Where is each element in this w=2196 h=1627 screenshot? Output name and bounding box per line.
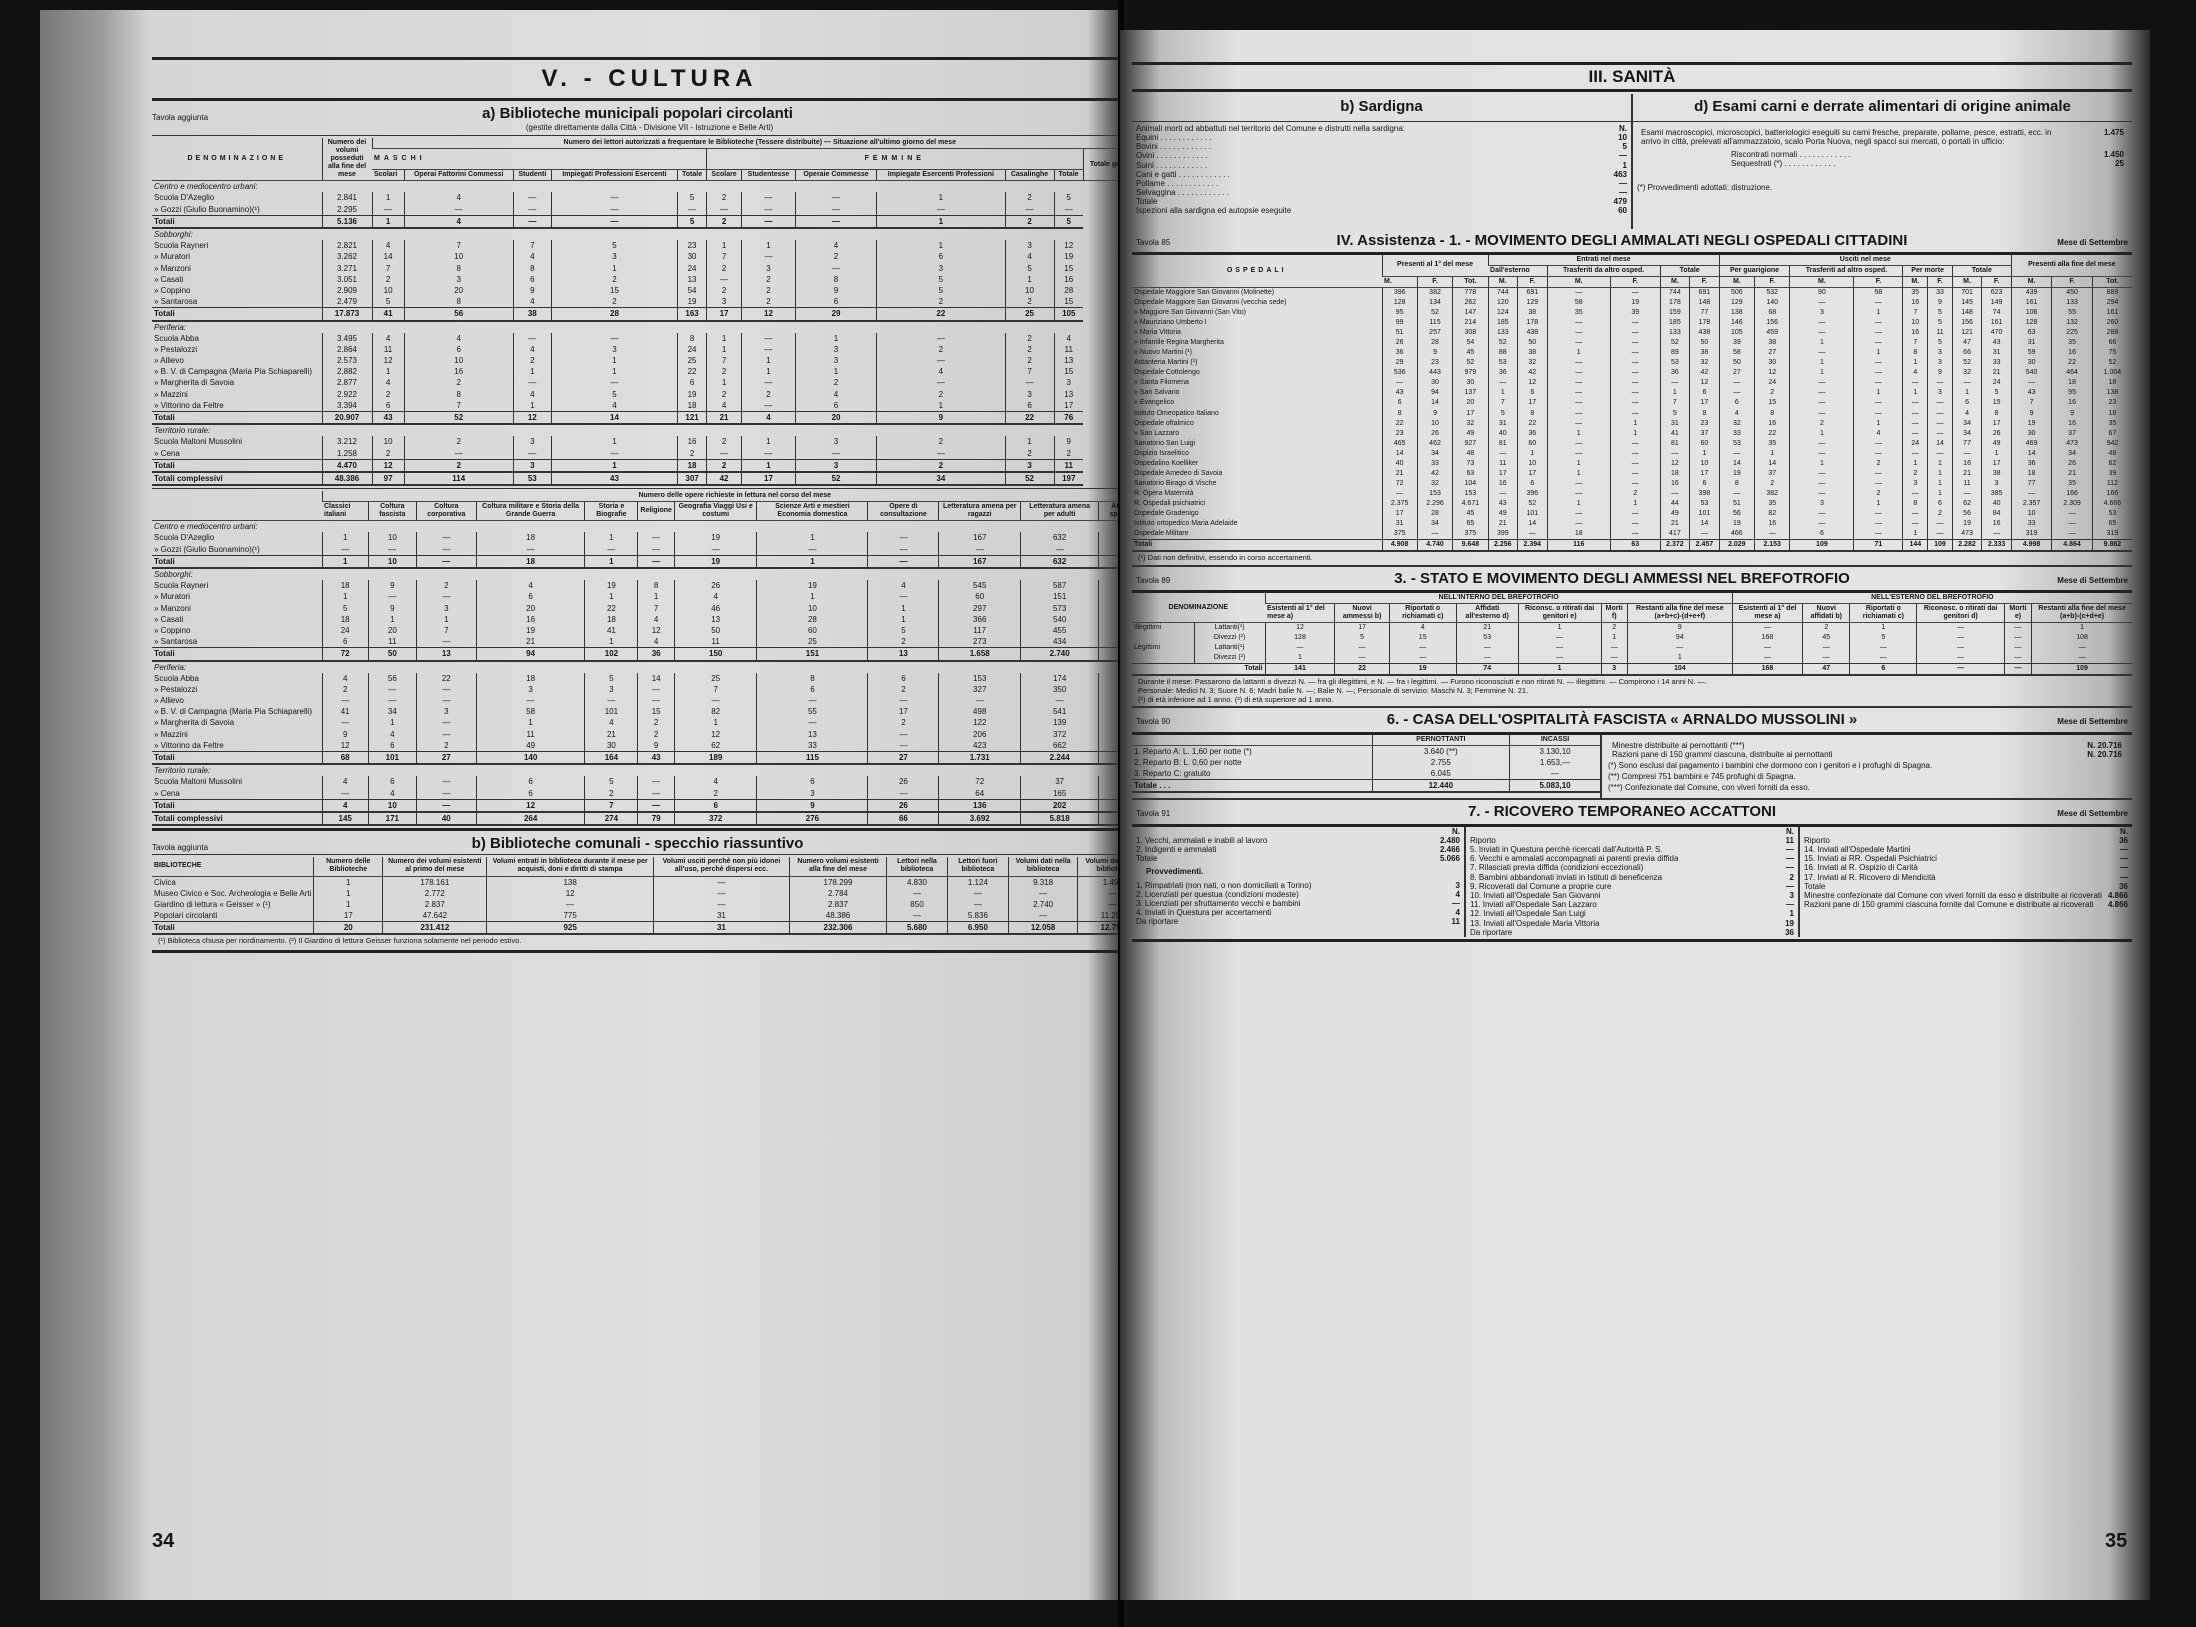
cell-value: 3 — [1790, 499, 1854, 509]
cell-value: 24 — [1903, 439, 1928, 449]
cell-value: — — [1928, 529, 1953, 540]
total-row: Totali7250139410236150151131.6582.74040 — [152, 648, 1147, 661]
month-label: Mese di Settembre — [2018, 238, 2128, 247]
cell-value: 15 — [1054, 263, 1083, 274]
cell-value: — — [322, 695, 368, 706]
cell-value: 116 — [1547, 540, 1610, 552]
table-row: Scuola Maltoni Mussolini46—65—4626723710 — [152, 776, 1147, 787]
cell-value: 5 — [1005, 263, 1054, 274]
cell-value: — — [795, 263, 876, 274]
cell-value: — — [1335, 643, 1389, 653]
cell-value: 11 — [1488, 459, 1518, 469]
cell-value: 48 — [1453, 449, 1488, 459]
list-item: Pollame . . . . . . . . . . . .— — [1132, 179, 1631, 188]
table-row: » Allievo———————————— — [152, 695, 1147, 706]
cell-value: 18 — [476, 555, 585, 568]
cell-value: 16 — [1903, 328, 1928, 338]
table-row: » Santarosa611—2114112522734345 — [152, 636, 1147, 648]
cell-value: — — [868, 740, 939, 752]
cell-value: 4 — [1903, 368, 1928, 378]
cell-value: 1 — [1790, 429, 1854, 439]
cell-value: 10 — [372, 436, 404, 447]
cell-value: 1 — [877, 240, 1005, 251]
cell-value: 1 — [513, 366, 551, 377]
cell-value: 4 — [404, 215, 513, 228]
cell-value: 156 — [1755, 318, 1790, 328]
cell-value: — — [416, 729, 476, 740]
col-header: F. — [1928, 276, 1953, 287]
cell-value: 5 — [877, 274, 1005, 285]
cell-value: 2 — [868, 636, 939, 648]
cell-value: 6.045 — [1372, 768, 1510, 780]
cell-value: 17 — [1453, 409, 1488, 419]
cell-value: 14 — [1382, 449, 1417, 459]
cell-value: 151 — [757, 648, 868, 661]
cell-value: 33 — [1928, 287, 1953, 298]
cell-value: — — [1903, 429, 1928, 439]
table-row: » Gozzi (Giulio Buonamino)(¹)———————————… — [152, 544, 1147, 556]
cell-value: 7 — [585, 799, 638, 812]
cell-value: — — [1732, 653, 1802, 664]
cell-value: 185 — [1660, 318, 1690, 328]
cell-value: — — [1854, 328, 1903, 338]
cell-value: 97 — [372, 472, 404, 485]
row-label: Ospedale Gradenigo — [1132, 509, 1382, 519]
cell-value: 48 — [2092, 449, 2132, 459]
row-label: » Allievo — [152, 355, 322, 366]
table-a-subtitle: (gestite direttamente dalla Città - Divi… — [152, 123, 1147, 132]
cell-value: 4 — [513, 344, 551, 355]
brefotrofio-title: 3. - STATO E MOVIMENTO DEGLI AMMESSI NEL… — [1226, 570, 2018, 587]
cell-value: 1 — [585, 636, 638, 648]
cell-value: 1 — [476, 717, 585, 728]
row-label: » Muratori — [152, 251, 322, 262]
cell-value: 5 — [551, 240, 677, 251]
group-label: Territorio rurale: — [152, 764, 1147, 776]
cell-value: 17 — [868, 706, 939, 717]
cell-value: 52 — [1453, 358, 1488, 368]
table-row: Ospedalino Koelliker40337311101—12101414… — [1132, 459, 2132, 469]
col-header: Operai Fattorini Commessi — [404, 170, 513, 181]
tavola-label: Tavola 91 — [1136, 809, 1226, 818]
tavola-label: Tavola 90 — [1136, 717, 1226, 726]
cell-value: 11 — [368, 636, 416, 648]
cell-value: 4 — [513, 251, 551, 262]
cell-value: — — [1790, 409, 1854, 419]
table-b-footnotes: (¹) Biblioteca chiusa per riordinamento.… — [152, 935, 1147, 948]
cell-value: 5 — [678, 215, 707, 228]
cell-value: 1.731 — [939, 752, 1021, 765]
cell-value: — — [757, 695, 868, 706]
cell-value: 12 — [372, 459, 404, 472]
cell-value: 51 — [1719, 499, 1754, 509]
cell-value: 99 — [1382, 318, 1417, 328]
cell-value: — — [1917, 623, 2004, 634]
cell-value: 11 — [1928, 328, 1953, 338]
total-row: Totali20.907435212141212142092276 — [152, 412, 1147, 425]
cell-value: 117 — [939, 625, 1021, 636]
cell-value: 56 — [1719, 509, 1754, 519]
esami-text: Esami macroscopici, microscopici, batter… — [1641, 128, 2052, 146]
cell-value: 540 — [1021, 614, 1099, 625]
cell-value: 32 — [1518, 358, 1548, 368]
cell-value: — — [939, 695, 1021, 706]
cell-value: 27 — [1719, 368, 1754, 378]
cell-value: 7 — [674, 684, 757, 695]
cell-value: 2 — [404, 377, 513, 388]
cell-value: 17 — [1982, 459, 2012, 469]
cell-value: 31 — [653, 922, 789, 935]
total-row: Totali410—127—692613620210 — [152, 799, 1147, 812]
cell-value: 33 — [2011, 519, 2051, 529]
col-totale-entrati: Totale — [1660, 265, 1719, 276]
cell-value: 3.212 — [322, 436, 372, 447]
cell-value: — — [868, 544, 939, 556]
cell-value: 2 — [1854, 459, 1903, 469]
cell-value: 4 — [404, 333, 513, 344]
total-row: Totali17.873415638281631712292225105 — [152, 308, 1147, 321]
cell-value: 8 — [1903, 348, 1928, 358]
cell-value: — — [416, 788, 476, 800]
cell-value: 30 — [2011, 429, 2051, 439]
cell-value: — — [653, 888, 789, 899]
table-ospitalita: PERNOTTANTIINCASSI 1. Reparto A: L. 1,60… — [1132, 735, 1600, 794]
cell-value: 2 — [585, 788, 638, 800]
cell-value: 12 — [1690, 378, 1720, 388]
col-usciti: Usciti nel mese — [1719, 255, 2011, 266]
cell-value: 1 — [1903, 529, 1928, 540]
list-item: Riscontrati normali . . . . . . . . . . … — [1727, 150, 2128, 159]
cell-value: 16 — [1488, 479, 1518, 489]
list-item: 14. Inviati all'Ospedale Martini— — [1800, 845, 2132, 854]
cell-value: 19 — [476, 625, 585, 636]
cell-value: — — [1854, 298, 1903, 308]
cell-value: 2 — [404, 436, 513, 447]
cell-value: 12.058 — [1008, 922, 1078, 935]
col-header: Restanti alla fine del mese (a+b+c)-(d+e… — [1627, 604, 1732, 623]
table-row: Scuola Rayneri18924198261945455877 — [152, 580, 1147, 591]
cell-value: 33 — [1719, 429, 1754, 439]
table-row: » B. V. di Campagna (Maria Pia Schiapare… — [152, 366, 1147, 377]
cell-value: 6 — [513, 274, 551, 285]
cell-value: 1 — [707, 333, 742, 344]
cell-value: 14 — [1417, 398, 1452, 408]
cell-value: 60 — [1518, 439, 1548, 449]
cell-value: 21 — [1488, 519, 1518, 529]
cell-value: 5 — [1928, 338, 1953, 348]
cell-value: 10 — [372, 285, 404, 296]
cell-value: 178 — [1518, 318, 1548, 328]
cell-value: 58 — [1719, 348, 1754, 358]
cell-value: 1 — [314, 888, 383, 899]
cell-value: 2 — [1610, 489, 1660, 499]
cell-value: 43 — [551, 472, 677, 485]
cell-value: 17.873 — [322, 308, 372, 321]
cell-value: 18 — [476, 673, 585, 684]
cell-value: 21 — [707, 412, 742, 425]
cell-value: 14 — [551, 412, 677, 425]
col-header: Coltura corporativa — [416, 502, 476, 521]
cell-value: 129 — [1719, 298, 1754, 308]
cell-value: 2 — [1928, 509, 1953, 519]
list-item: 2. Indigenti e ammalati2.466 — [1132, 845, 1464, 854]
cell-value: 21 — [1660, 519, 1690, 529]
cell-value: 2 — [707, 192, 742, 203]
cell-value: 1 — [1790, 358, 1854, 368]
cell-value: 2.864 — [322, 344, 372, 355]
cell-value: 38 — [1755, 338, 1790, 348]
cell-value: 1 — [1982, 449, 2012, 459]
cell-value: 2 — [742, 285, 796, 296]
cell-value: 372 — [674, 812, 757, 825]
row-label: » Coppino — [152, 625, 322, 636]
cell-value: 4 — [795, 240, 876, 251]
cell-value: 178.161 — [383, 876, 487, 888]
cell-value: 138 — [487, 876, 653, 888]
cell-value: 1 — [1547, 459, 1610, 469]
cell-value: — — [1790, 378, 1854, 388]
cell-value: — — [1382, 378, 1417, 388]
cell-value: 6 — [404, 344, 513, 355]
cell-value: 1 — [314, 899, 383, 910]
row-label: Ospedale Maggiore San Giovanni (Molinett… — [1132, 287, 1382, 298]
cell-value: 4.470 — [322, 459, 372, 472]
cell-value: — — [368, 684, 416, 695]
cell-value: 12.440 — [1372, 780, 1510, 793]
cell-value: 77 — [1690, 308, 1720, 318]
cell-value: 1 — [1601, 633, 1627, 643]
col-header: Casalinghe — [1005, 170, 1054, 181]
cell-value: 4 — [1054, 333, 1083, 344]
table-row: » Nuovo Martini (¹)3694588381—89385827—1… — [1132, 348, 2132, 358]
row-label: Scuola Maltoni Mussolini — [152, 436, 322, 447]
cell-value: 2 — [1005, 192, 1054, 203]
cell-value: 18 — [2092, 409, 2132, 419]
row-label: Totale . . . — [1132, 780, 1372, 793]
cell-value: 7 — [1903, 338, 1928, 348]
cell-value: — — [1719, 378, 1754, 388]
cell-value: 1 — [1928, 479, 1953, 489]
cell-value: 1.658 — [939, 648, 1021, 661]
cell-value: 49 — [1982, 439, 2012, 449]
cell-value: 17 — [1382, 509, 1417, 519]
cell-value: 466 — [1719, 529, 1754, 540]
cell-value: 3 — [404, 274, 513, 285]
cell-value: — — [1928, 409, 1953, 419]
cell-value: 12 — [476, 799, 585, 812]
cell-value: 2.457 — [1690, 540, 1720, 552]
row-label: Totali — [152, 922, 314, 935]
cell-value: 3.271 — [322, 263, 372, 274]
cell-value: — — [1854, 479, 1903, 489]
col-header: Nuovi affidati b) — [1803, 604, 1850, 623]
cell-value: 6 — [476, 776, 585, 787]
table-row: » Gozzi (Giulio Buonamino)(¹)2.295——————… — [152, 204, 1147, 216]
cell-value: 470 — [1982, 328, 2012, 338]
cell-value: — — [1547, 439, 1610, 449]
riporto-row: Riporto36 — [1800, 836, 2132, 845]
cell-value: 382 — [1417, 287, 1452, 298]
cell-value: 6 — [1382, 398, 1417, 408]
cell-value: — — [1518, 529, 1548, 540]
cell-value: 43 — [1488, 499, 1518, 509]
tavola-label: Tavola aggiunta — [152, 843, 208, 852]
cell-value: 4 — [585, 717, 638, 728]
col-header: Morti e) — [2004, 604, 2031, 623]
cell-value: 9 — [1928, 368, 1953, 378]
cell-value: 15 — [1054, 366, 1083, 377]
cell-value: 6 — [757, 776, 868, 787]
cell-value: — — [404, 204, 513, 216]
row-label: » Pestalozzi — [152, 684, 322, 695]
cell-value: 12 — [638, 625, 675, 636]
cell-value: 1 — [877, 215, 1005, 228]
cell-value: 455 — [1021, 625, 1099, 636]
cell-value: 375 — [1382, 529, 1417, 540]
list-item: 12. Inviati all'Ospedale San Luigi1 — [1466, 909, 1798, 918]
cell-value: — — [1790, 398, 1854, 408]
col-header: Riconosc. o ritirati dai genitori d) — [1917, 604, 2004, 623]
cell-value: 101 — [368, 752, 416, 765]
col-header: F. — [2052, 276, 2092, 287]
row-label: » Allievo — [152, 695, 322, 706]
cell-value: — — [757, 544, 868, 556]
cell-value: 3 — [416, 603, 476, 614]
cell-value: 6 — [868, 673, 939, 684]
cell-value: — — [1610, 318, 1660, 328]
table-row: » Maggiore San Giovanni (San Vito)955214… — [1132, 308, 2132, 318]
cell-value: 20 — [476, 603, 585, 614]
cell-value: 129 — [1518, 298, 1548, 308]
cell-value: 31 — [1660, 419, 1690, 429]
cell-value: 587 — [1021, 580, 1099, 591]
col-interno: NELL'INTERNO DEL BREFOTROFIO — [1265, 593, 1732, 604]
cell-value: — — [653, 876, 789, 888]
cell-value: 76 — [1054, 412, 1083, 425]
cell-value: 288 — [2092, 328, 2132, 338]
rule — [152, 57, 1147, 60]
cell-value: 2 — [551, 274, 677, 285]
cell-value: 17 — [314, 910, 383, 922]
cell-value: 16 — [1755, 519, 1790, 529]
cell-value: 30 — [1453, 378, 1488, 388]
cell-value: 101 — [585, 706, 638, 717]
cell-value: 2.821 — [322, 240, 372, 251]
cell-value: 632 — [1021, 555, 1099, 568]
cell-value: — — [1610, 348, 1660, 358]
cell-value: 128 — [1382, 298, 1417, 308]
cell-value: 52 — [1952, 358, 1982, 368]
provvedimenti-label: Provvedimenti. — [1132, 863, 1464, 880]
cell-value: 34 — [877, 472, 1005, 485]
cell-value: 34 — [1417, 449, 1452, 459]
cell-value: 18 — [322, 614, 368, 625]
cell-value: 40 — [1488, 429, 1518, 439]
row-label: Ospedale Cottolengo — [1132, 368, 1382, 378]
table-row: 1. Reparto A: L. 1,60 per notte (*)3.640… — [1132, 745, 1600, 757]
cell-value: — — [707, 448, 742, 460]
cell-value: 3 — [1005, 389, 1054, 400]
table-row: LegittimiLattanti(¹)————————————— — [1132, 643, 2132, 653]
cell-value: 1 — [742, 355, 796, 366]
cell-value: — — [2004, 643, 2031, 653]
cell-value: 18 — [678, 459, 707, 472]
cell-value: — — [1952, 449, 1982, 459]
cell-value: 25 — [674, 673, 757, 684]
row-label: Totali — [152, 555, 322, 568]
cell-value: 167 — [939, 532, 1021, 543]
cell-value: 1 — [314, 876, 383, 888]
cell-value: 17 — [742, 472, 796, 485]
cell-value: 7 — [707, 251, 742, 262]
cell-value: — — [742, 400, 796, 412]
cell-value: 124 — [1488, 308, 1518, 318]
cell-value: — — [742, 192, 796, 203]
cell-value: 14 — [1928, 439, 1953, 449]
cell-value: 1 — [551, 459, 677, 472]
cell-value: 17 — [1982, 419, 2012, 429]
cell-value: 35 — [2052, 338, 2092, 348]
cell-value: 53 — [1690, 499, 1720, 509]
cell-value: 47.642 — [383, 910, 487, 922]
cell-value: — — [674, 544, 757, 556]
cell-value: 19 — [1952, 519, 1982, 529]
cell-value: 22 — [416, 673, 476, 684]
cell-value: 2 — [372, 448, 404, 460]
cell-value: 4 — [742, 412, 796, 425]
row-group: Illegittimi — [1132, 623, 1194, 634]
cell-value: — — [1660, 378, 1690, 388]
cell-value: 12 — [1755, 368, 1790, 378]
col-guarigione: Per guarigione — [1719, 265, 1790, 276]
cell-value: 52 — [1660, 338, 1690, 348]
row-label: » Maria Vittoria — [1132, 328, 1382, 338]
row-label: » Pestalozzi — [152, 344, 322, 355]
cell-value: 942 — [2092, 439, 2132, 449]
cell-value: 52 — [404, 412, 513, 425]
cell-value: 319 — [2092, 529, 2132, 540]
cell-value: 62 — [674, 740, 757, 752]
list-item: 7. Rilasciati previa diffida (condizioni… — [1466, 863, 1798, 872]
cell-value: 889 — [2092, 287, 2132, 298]
cell-value: 9 — [2011, 409, 2051, 419]
cell-value: — — [368, 695, 416, 706]
cell-value: 24 — [678, 344, 707, 355]
cell-value: 3 — [742, 263, 796, 274]
col-header: N. — [1466, 827, 1798, 836]
cell-value: 53 — [1488, 358, 1518, 368]
col-header: Letteratura amena per adulti — [1021, 502, 1099, 521]
cell-value: — — [1928, 519, 1953, 529]
cell-value: 56 — [404, 308, 513, 321]
cell-value: 4 — [322, 673, 368, 684]
cell-value: — — [674, 695, 757, 706]
cell-value: — — [638, 799, 675, 812]
cell-value: 17 — [707, 308, 742, 321]
note: (¹) di età inferiore ad 1 anno. (²) di e… — [1138, 696, 2126, 705]
table-row: Ospedale Gradenigo17284549101——491015682… — [1132, 509, 2132, 519]
cell-value: 3 — [416, 706, 476, 717]
row-label: Totali — [152, 215, 322, 228]
cell-value: 16 — [1660, 479, 1690, 489]
cell-value: 34 — [1952, 419, 1982, 429]
cell-value: 9 — [368, 580, 416, 591]
cell-value: 3 — [707, 296, 742, 308]
cell-value: 264 — [476, 812, 585, 825]
cell-value: — — [742, 344, 796, 355]
cell-value: 48.386 — [790, 910, 887, 922]
cell-value: 434 — [1021, 636, 1099, 648]
